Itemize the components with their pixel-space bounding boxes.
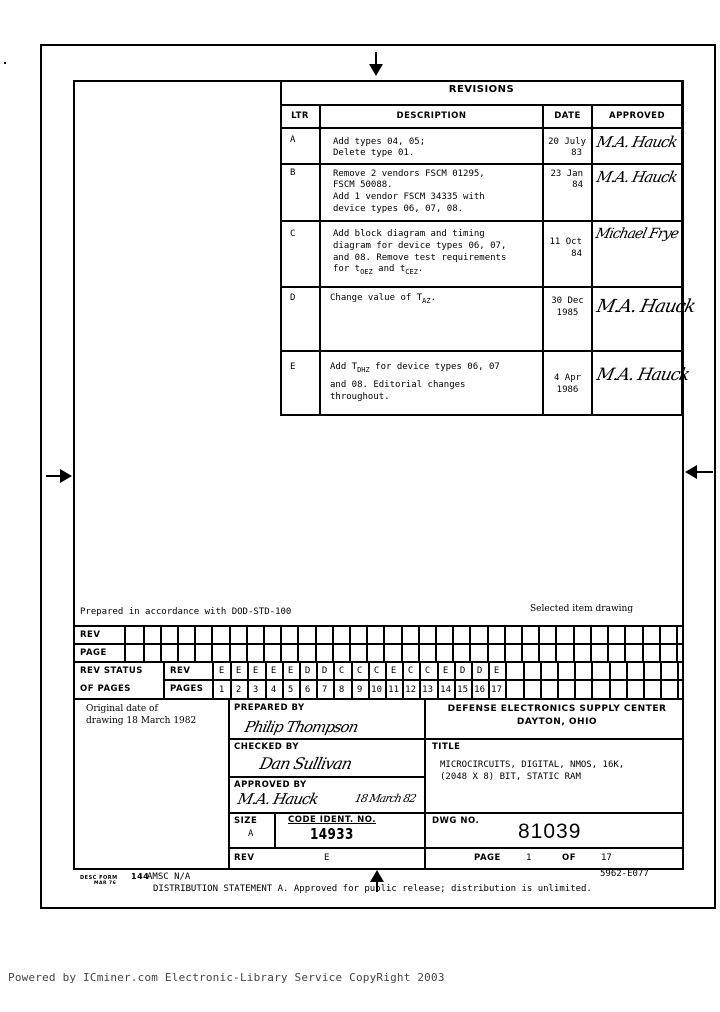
of-pages-label: OF PAGES bbox=[80, 684, 131, 694]
title-block-divider bbox=[424, 698, 426, 868]
rev-status-cell: E bbox=[385, 662, 402, 679]
page-number-cell: 15 bbox=[454, 681, 471, 698]
title-block-hline bbox=[228, 776, 425, 778]
divider bbox=[280, 104, 683, 106]
page-value: 1 bbox=[526, 853, 531, 864]
row-date-line: 11 Oct bbox=[542, 237, 582, 248]
grid-line bbox=[163, 661, 165, 699]
approval-signature: Michael Frye bbox=[594, 226, 679, 242]
grid-column-line bbox=[557, 662, 559, 699]
dwg-no-label: DWG NO. bbox=[432, 816, 479, 826]
page-number-cell: 11 bbox=[385, 681, 402, 698]
row-date-line: 1986 bbox=[544, 385, 591, 396]
grid-column-line bbox=[538, 626, 540, 662]
grid-column-line bbox=[418, 626, 420, 662]
outer-frame-left bbox=[40, 44, 42, 909]
dwg-no-value: 81039 bbox=[518, 820, 581, 844]
grid-column-line bbox=[624, 626, 626, 662]
grid-column-line bbox=[643, 662, 645, 699]
rev-status-cell: D bbox=[299, 662, 316, 679]
row-description-line: and 08. Remove test requirements bbox=[333, 253, 506, 264]
page-number-cell: 7 bbox=[316, 681, 333, 698]
left-center-arrow-icon bbox=[60, 469, 72, 483]
grid-column-line bbox=[505, 662, 507, 699]
prepared-by-signature: Philip Thompson bbox=[243, 718, 359, 736]
page-number-cell: 17 bbox=[488, 681, 505, 698]
grid-column-line bbox=[229, 626, 231, 662]
row-date-line: 84 bbox=[542, 249, 582, 260]
divider bbox=[280, 286, 683, 288]
approved-by-label: APPROVED BY bbox=[234, 780, 307, 790]
divider bbox=[280, 163, 683, 165]
text: . bbox=[418, 264, 423, 274]
grid-column-line bbox=[609, 662, 611, 699]
rev-status-label: REV STATUS bbox=[80, 666, 143, 676]
page-number-cell: 3 bbox=[247, 681, 264, 698]
amsc-code: AMSC N/A bbox=[147, 872, 190, 883]
inner-frame-left bbox=[73, 80, 75, 870]
row-date-line: 1985 bbox=[544, 308, 591, 319]
row-description-line: FSCM 50088. bbox=[333, 180, 393, 191]
form-date: MAR 76 bbox=[94, 881, 116, 886]
agency-name: DEFENSE ELECTRONICS SUPPLY CENTER bbox=[432, 704, 682, 714]
top-center-arrow-icon bbox=[369, 64, 383, 76]
grid-column-line bbox=[573, 626, 575, 662]
grid-column-line bbox=[677, 662, 679, 699]
size-label: SIZE bbox=[234, 816, 257, 826]
grid-column-line bbox=[676, 626, 678, 662]
divider bbox=[280, 127, 683, 129]
row-ltr: B bbox=[290, 168, 295, 179]
checked-by-label: CHECKED BY bbox=[234, 742, 299, 752]
subscript: CEZ bbox=[405, 268, 418, 276]
grid-column-line bbox=[383, 626, 385, 662]
rev-status-cell: E bbox=[265, 662, 282, 679]
grid-column-line bbox=[607, 626, 609, 662]
sub-rev-label: REV bbox=[170, 666, 190, 676]
title-line: (2048 X 8) BIT, STATIC RAM bbox=[440, 772, 581, 783]
text: for device types 06, 07 bbox=[370, 362, 500, 372]
subscript: AZ bbox=[422, 297, 430, 305]
grid-column-line bbox=[521, 626, 523, 662]
rev-status-cell: D bbox=[454, 662, 471, 679]
rev-status-cell: E bbox=[213, 662, 230, 679]
row-date-line: 84 bbox=[542, 180, 583, 191]
grid-column-line bbox=[211, 626, 213, 662]
page-number-cell: 10 bbox=[368, 681, 385, 698]
prepared-by-label: PREPARED BY bbox=[234, 703, 305, 713]
grid-column-line bbox=[401, 626, 403, 662]
row-description-line: throughout. bbox=[330, 392, 390, 403]
row-description-subscript-line: Change value of TAZ. bbox=[330, 293, 436, 307]
code-ident-value: 14933 bbox=[310, 825, 354, 843]
text: . bbox=[431, 293, 436, 303]
row-date-line: 20 July bbox=[542, 137, 586, 148]
page-number-cell: 9 bbox=[351, 681, 368, 698]
row-description-subscript-line: for tOEZ and tCEZ. bbox=[333, 264, 423, 278]
page-number-cell: 14 bbox=[437, 681, 454, 698]
rev-status-cell: C bbox=[333, 662, 350, 679]
grid-column-line bbox=[591, 662, 593, 699]
page-number-cell: 6 bbox=[299, 681, 316, 698]
page-number-cell: 8 bbox=[333, 681, 350, 698]
rev-label: REV bbox=[234, 853, 254, 863]
approved-by-signature: M.A. Hauck bbox=[236, 790, 319, 808]
row-description-subscript-line: Add TDHZ for device types 06, 07 bbox=[330, 362, 500, 376]
grid-column-line bbox=[523, 662, 525, 699]
approval-signature: M.A. Hauck bbox=[595, 133, 678, 151]
agency-location: DAYTON, OHIO bbox=[432, 717, 682, 727]
original-date-line: Original date of bbox=[86, 704, 158, 715]
grid-column-line bbox=[660, 662, 662, 699]
stray-mark bbox=[4, 62, 6, 64]
page-label: PAGE bbox=[474, 853, 501, 863]
title-block-hline bbox=[228, 812, 684, 814]
grid-column-line bbox=[194, 626, 196, 662]
header-date: DATE bbox=[544, 111, 591, 121]
rev-status-cell: D bbox=[316, 662, 333, 679]
selected-item-note: Selected item drawing bbox=[530, 604, 633, 615]
grid-column-line bbox=[469, 626, 471, 662]
rev-status-cell: C bbox=[351, 662, 368, 679]
col-divider bbox=[319, 104, 321, 416]
grid-column-line bbox=[143, 626, 145, 662]
original-date-line: drawing 18 March 1982 bbox=[86, 716, 196, 727]
grid-column-line bbox=[487, 626, 489, 662]
page-number-cell: 4 bbox=[265, 681, 282, 698]
grid-column-line bbox=[574, 662, 576, 699]
grid-column-line bbox=[280, 626, 282, 662]
page-number-cell: 5 bbox=[282, 681, 299, 698]
rev-status-cell: C bbox=[419, 662, 436, 679]
title-block-right-border bbox=[682, 698, 684, 868]
col-divider bbox=[591, 104, 593, 416]
text: Change value of T bbox=[330, 293, 422, 303]
grid-column-line bbox=[555, 626, 557, 662]
left-arrow-shaft bbox=[46, 475, 60, 477]
code-ident-label: CODE IDENT. NO. bbox=[288, 815, 376, 825]
grid-column-line bbox=[177, 626, 179, 662]
divider bbox=[280, 350, 683, 352]
title-block-divider bbox=[228, 698, 230, 868]
title-block-hline bbox=[228, 847, 684, 849]
row-description-line: device types 06, 07, 08. bbox=[333, 204, 463, 215]
row-description-line: Delete type 01. bbox=[333, 148, 414, 159]
page-number-cell: 12 bbox=[402, 681, 419, 698]
grid-column-line bbox=[642, 626, 644, 662]
grid-column-line bbox=[349, 626, 351, 662]
page-number-cell: 16 bbox=[471, 681, 488, 698]
grid-column-line bbox=[504, 626, 506, 662]
prepared-in-accordance-note: Prepared in accordance with DOD-STD-100 bbox=[80, 607, 291, 618]
approval-signature: M.A. Hauck bbox=[595, 168, 678, 186]
size-value: A bbox=[248, 829, 253, 840]
grid-page-label: PAGE bbox=[80, 648, 107, 658]
rev-status-cell: D bbox=[471, 662, 488, 679]
grid-column-line bbox=[366, 626, 368, 662]
of-value: 17 bbox=[601, 853, 612, 864]
page-number-cell: 13 bbox=[419, 681, 436, 698]
row-description-line: and 08. Editorial changes bbox=[330, 380, 465, 391]
grid-column-line bbox=[435, 626, 437, 662]
row-description-line: Add types 04, 05; bbox=[333, 137, 425, 148]
grid-column-line bbox=[540, 662, 542, 699]
row-ltr: E bbox=[290, 362, 295, 373]
header-approved: APPROVED bbox=[593, 111, 681, 121]
text: for t bbox=[333, 264, 360, 274]
sub-pages-label: PAGES bbox=[170, 684, 203, 694]
grid-column-line bbox=[263, 626, 265, 662]
checked-by-signature: Dan Sullivan bbox=[258, 754, 353, 773]
powered-by-banner: Powered by ICminer.com Electronic-Librar… bbox=[8, 971, 445, 984]
distribution-statement: DISTRIBUTION STATEMENT A. Approved for p… bbox=[153, 884, 592, 895]
rev-status-cell: E bbox=[247, 662, 264, 679]
grid-column-line bbox=[590, 626, 592, 662]
outer-frame-top bbox=[40, 44, 715, 46]
grid-column-line bbox=[315, 626, 317, 662]
rev-value: E bbox=[324, 853, 329, 864]
title-block-bottom-border bbox=[73, 868, 684, 870]
grid-column-line bbox=[246, 626, 248, 662]
text: and t bbox=[373, 264, 406, 274]
header-description: DESCRIPTION bbox=[321, 111, 542, 121]
row-date-line: 23 Jan bbox=[542, 169, 583, 180]
row-description-line: Remove 2 vendors FSCM 01295, bbox=[333, 169, 485, 180]
approved-date: 18 March 82 bbox=[354, 792, 417, 805]
of-label: OF bbox=[562, 853, 576, 863]
right-center-arrow-icon bbox=[685, 465, 697, 479]
page-number-cell: 2 bbox=[230, 681, 247, 698]
rev-status-cell: E bbox=[488, 662, 505, 679]
title-label: TITLE bbox=[432, 742, 460, 752]
subscript: OEZ bbox=[360, 268, 373, 276]
row-description-line: Add block diagram and timing bbox=[333, 229, 485, 240]
rev-status-cell: E bbox=[282, 662, 299, 679]
divider bbox=[280, 220, 683, 222]
grid-column-line bbox=[297, 626, 299, 662]
approval-signature: M.A. Hauck bbox=[595, 296, 697, 317]
rev-status-cell: E bbox=[437, 662, 454, 679]
grid-column-line bbox=[659, 626, 661, 662]
grid-column-line bbox=[626, 662, 628, 699]
row-date-line: 83 bbox=[542, 148, 582, 159]
grid-line bbox=[73, 643, 684, 645]
text: Add T bbox=[330, 362, 357, 372]
row-date-line: 30 Dec bbox=[544, 296, 591, 307]
grid-rev-label: REV bbox=[80, 630, 100, 640]
header-ltr: LTR bbox=[281, 111, 319, 121]
grid-column-line bbox=[452, 626, 454, 662]
approval-signature: M.A. Hauck bbox=[595, 365, 691, 385]
page-number-cell: 1 bbox=[213, 681, 230, 698]
row-ltr: D bbox=[290, 293, 295, 304]
rev-status-cell: C bbox=[368, 662, 385, 679]
row-ltr: C bbox=[290, 229, 295, 240]
right-arrow-shaft bbox=[697, 471, 713, 473]
title-block-hline bbox=[228, 738, 684, 740]
row-date-line: 4 Apr bbox=[544, 373, 591, 384]
rev-status-cell: E bbox=[230, 662, 247, 679]
grid-column-line bbox=[332, 626, 334, 662]
subscript: DHZ bbox=[357, 366, 370, 374]
rev-status-cell: C bbox=[402, 662, 419, 679]
outer-frame-bottom bbox=[40, 907, 715, 909]
row-description-line: diagram for device types 06, 07, bbox=[333, 241, 506, 252]
row-ltr: A bbox=[290, 135, 295, 146]
row-description-line: Add 1 vendor FSCM 34335 with bbox=[333, 192, 485, 203]
outer-frame-right bbox=[714, 44, 716, 909]
revisions-title: REVISIONS bbox=[280, 84, 683, 95]
grid-line bbox=[73, 625, 684, 627]
title-block-vline bbox=[274, 812, 276, 848]
document-code: 5962-E077 bbox=[600, 869, 649, 880]
grid-line bbox=[124, 625, 126, 662]
title-line: MICROCIRCUITS, DIGITAL, NMOS, 16K, bbox=[440, 760, 624, 771]
grid-column-line bbox=[160, 626, 162, 662]
